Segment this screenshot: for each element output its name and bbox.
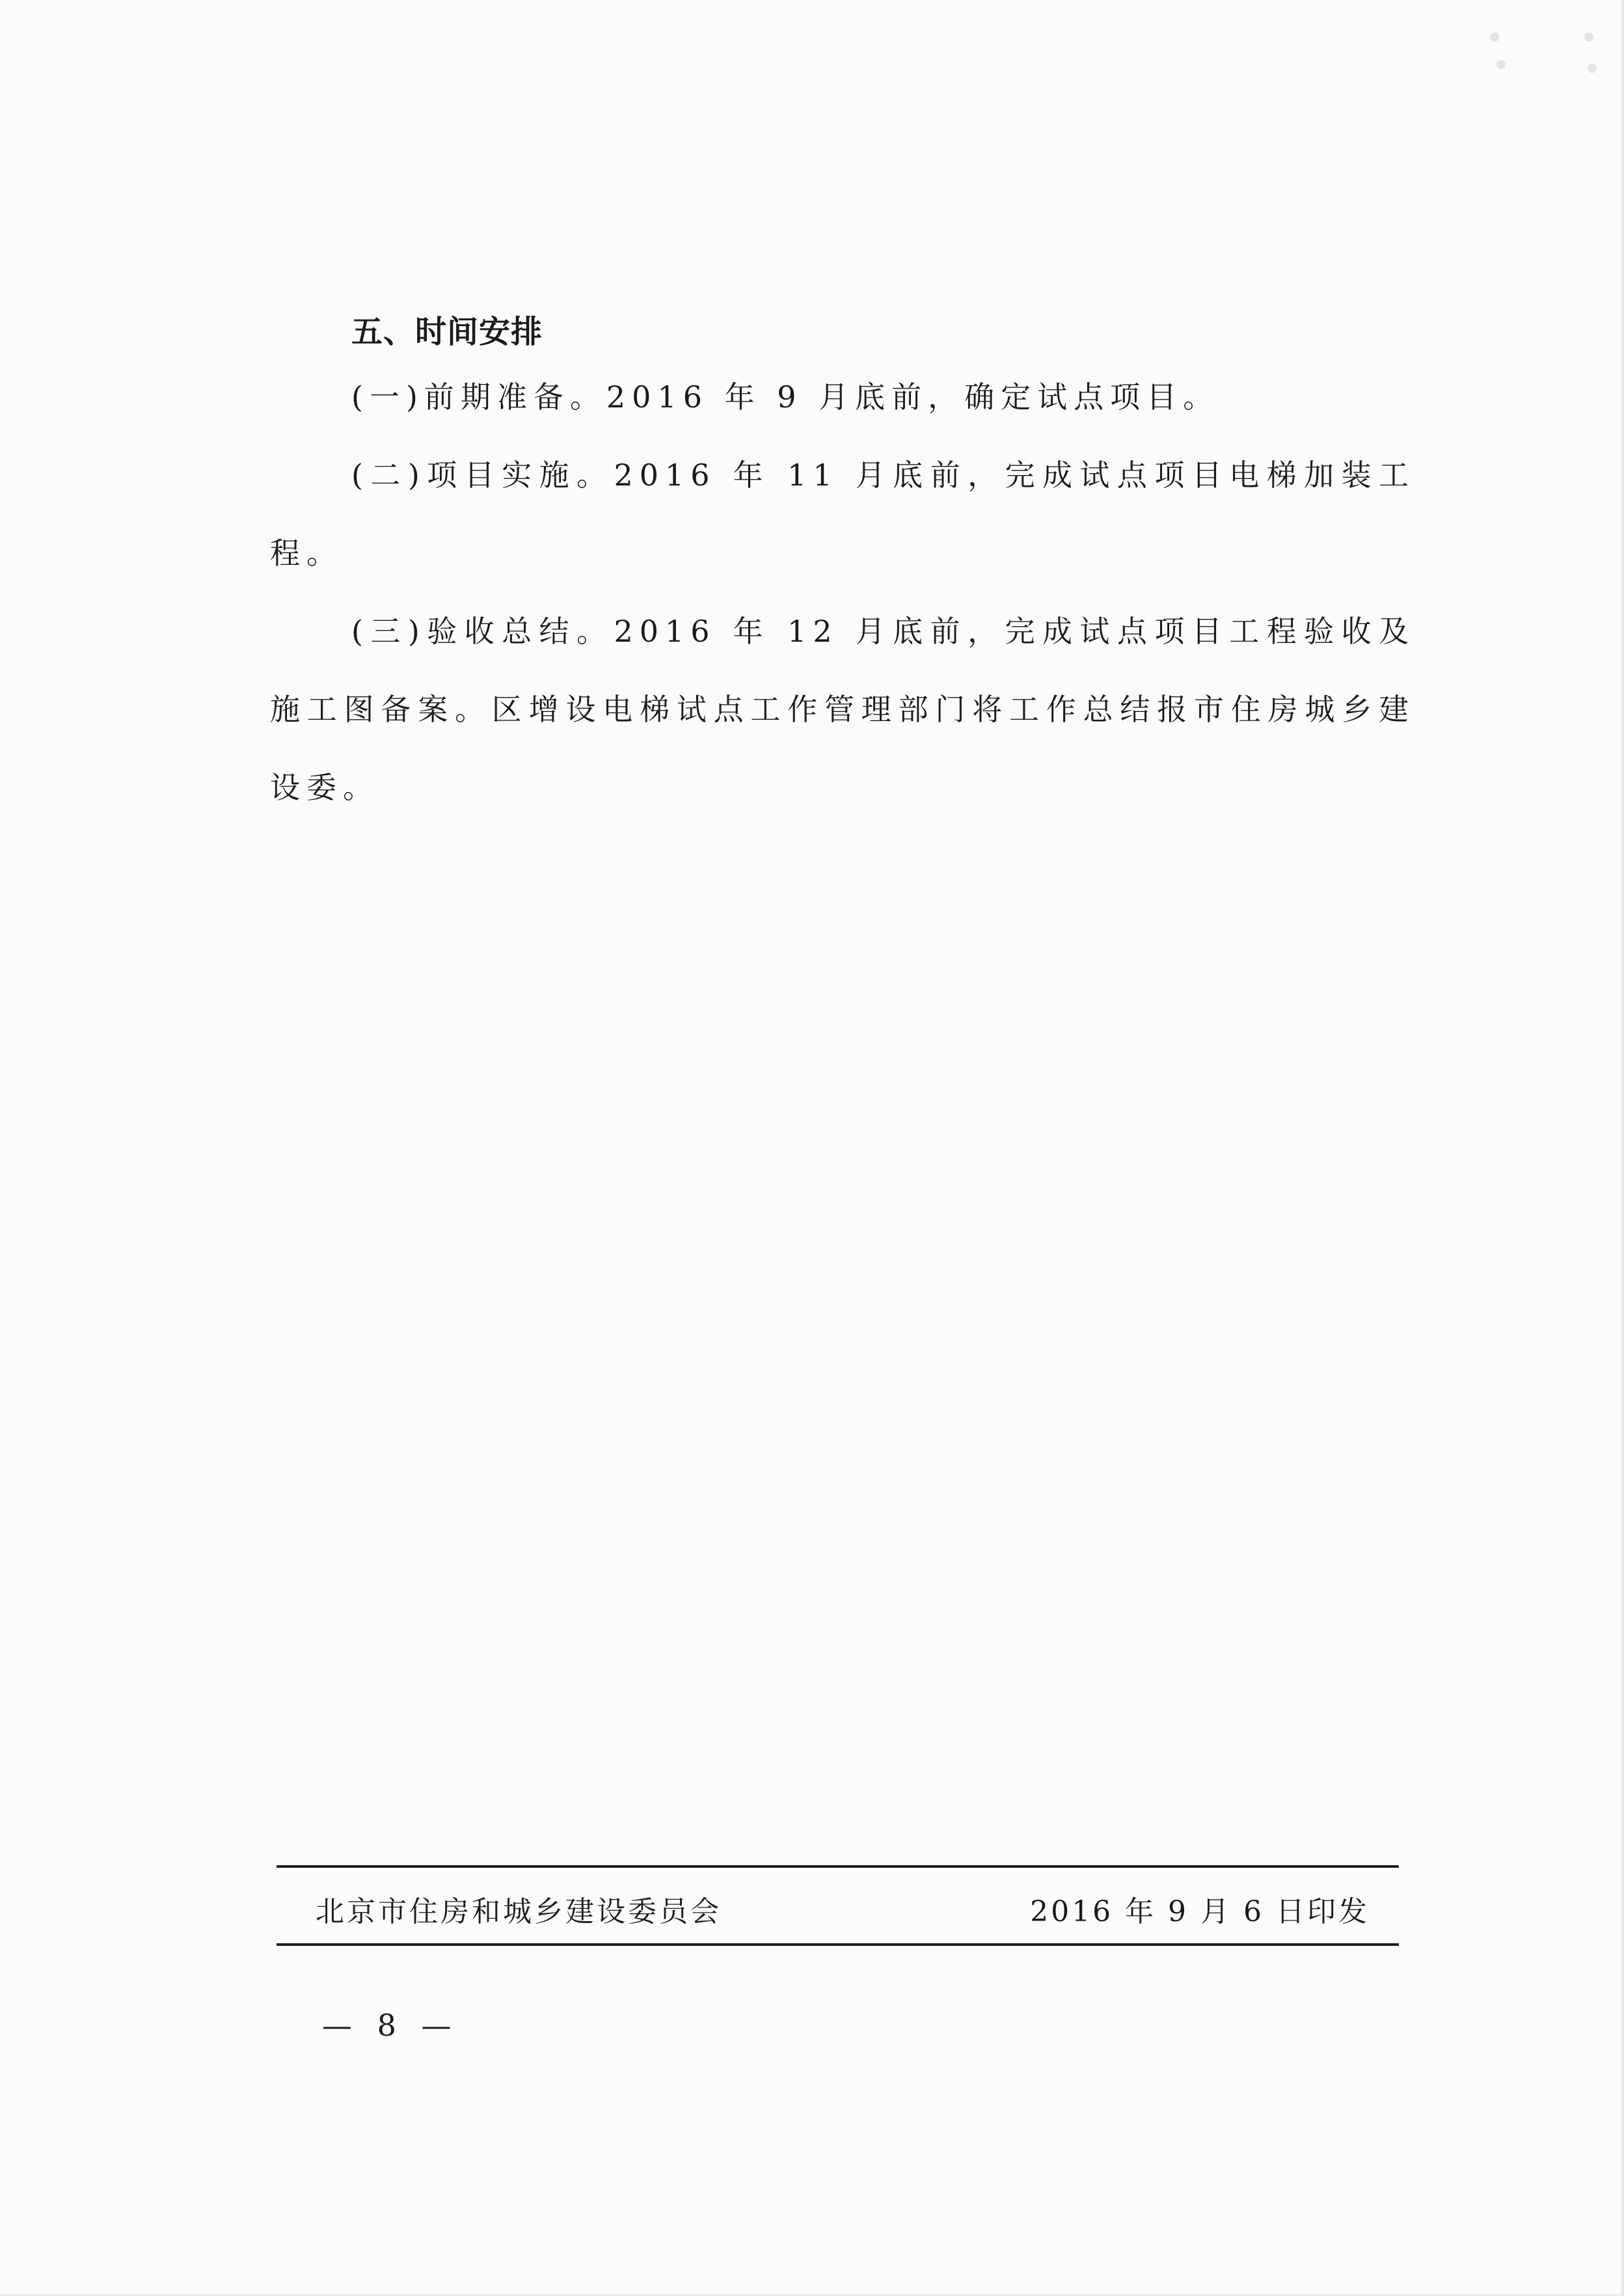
- document-body: 五、时间安排 (一)前期准备。2016 年 9 月底前，确定试点项目。 (二)项…: [270, 306, 1415, 827]
- paragraph-preparation: (一)前期准备。2016 年 9 月底前，确定试点项目。: [270, 358, 1415, 436]
- page-number: — 8 —: [322, 2006, 459, 2045]
- issuer-name: 北京市住房和城乡建设委员会: [316, 1893, 722, 1932]
- staple-mark: [1496, 60, 1506, 69]
- issue-date: 2016 年 9 月 6 日印发: [1030, 1893, 1370, 1932]
- staple-mark: [1584, 33, 1593, 42]
- paragraph-implementation: (二)项目实施。2016 年 11 月底前，完成试点项目电梯加装工程。: [270, 436, 1415, 592]
- staple-mark: [1490, 33, 1499, 42]
- footer-bottom-rule: [277, 1943, 1399, 1946]
- footer-top-rule: [277, 1865, 1399, 1868]
- issuance-footer: 北京市住房和城乡建设委员会 2016 年 9 月 6 日印发: [316, 1893, 1370, 1932]
- staple-mark: [1588, 64, 1597, 73]
- section-heading: 五、时间安排: [270, 306, 1415, 358]
- paragraph-acceptance: (三)验收总结。2016 年 12 月底前，完成试点项目工程验收及施工图备案。区…: [270, 592, 1415, 827]
